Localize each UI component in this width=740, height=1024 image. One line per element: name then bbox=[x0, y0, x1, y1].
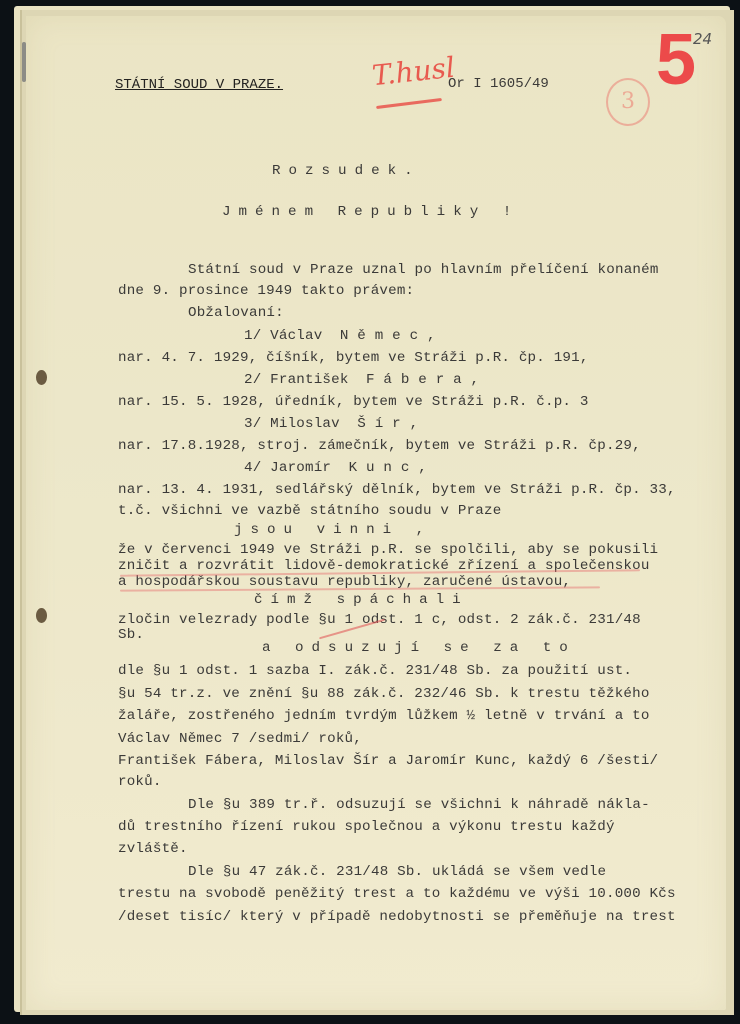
fine-line: Dle §u 47 zák.č. 231/48 Sb. ukládá se vš… bbox=[188, 864, 606, 880]
document-title: Rozsudek. bbox=[272, 163, 421, 179]
sentence-line: roků. bbox=[118, 774, 162, 790]
defendant-heading: 1/ Václav N ě m e c , bbox=[244, 328, 436, 344]
costs-line: zvláště. bbox=[118, 841, 188, 857]
committed-heading: čímž spáchali bbox=[254, 592, 469, 608]
sentence-line: dle §u 1 odst. 1 sazba I. zák.č. 231/48 … bbox=[118, 663, 632, 679]
defendant-details: nar. 13. 4. 1931, sedlářský dělník, byte… bbox=[118, 482, 676, 498]
intro-line-2: dne 9. prosince 1949 takto právem: bbox=[118, 283, 414, 299]
defendant-heading: 3/ Miloslav Š í r , bbox=[244, 416, 418, 432]
defendant-heading: 4/ Jaromír K u n c , bbox=[244, 460, 427, 476]
defendant-details: nar. 4. 7. 1929, číšník, bytem ve Stráži… bbox=[118, 350, 589, 366]
staple bbox=[22, 42, 26, 82]
punch-hole-lower bbox=[36, 608, 47, 623]
defendant-details: nar. 15. 5. 1928, úředník, bytem ve Strá… bbox=[118, 394, 589, 410]
fine-line: /deset tisíc/ který v případě nedobytnos… bbox=[118, 909, 676, 925]
circle-stamp: 3 bbox=[606, 78, 650, 126]
sentence-line: §u 54 tr.z. ve znění §u 88 zák.č. 232/46… bbox=[118, 686, 650, 702]
sentence-line: Václav Němec 7 /sedmi/ roků, bbox=[118, 731, 362, 747]
crime-line: Sb. bbox=[118, 627, 144, 643]
sentenced-heading: a odsuzují se za to bbox=[262, 640, 576, 656]
page-number-stamp: 5 bbox=[656, 24, 696, 96]
document-subtitle: Jménem Republiky ! bbox=[222, 204, 519, 220]
court-header: STÁTNÍ SOUD V PRAZE. bbox=[115, 77, 283, 93]
custody-line: t.č. všichni ve vazbě státního soudu v P… bbox=[118, 503, 501, 519]
punch-hole-upper bbox=[36, 370, 47, 385]
fine-line: trestu na svobodě peněžitý trest a to ka… bbox=[118, 886, 676, 902]
intro-line-1: Státní soud v Praze uznal po hlavním pře… bbox=[188, 262, 659, 278]
costs-line: Dle §u 389 tr.ř. odsuzují se všichni k n… bbox=[188, 797, 650, 813]
defendant-details: nar. 17.8.1928, stroj. zámečník, bytem v… bbox=[118, 438, 641, 454]
sentence-line: žaláře, zostřeného jedním tvrdým lůžkem … bbox=[118, 708, 650, 724]
page-number-small: 24 bbox=[693, 30, 712, 48]
defendants-label: Obžalovaní: bbox=[188, 305, 284, 321]
guilty-heading: jsou vinni , bbox=[234, 522, 432, 538]
costs-line: dů trestního řízení rukou společnou a vý… bbox=[118, 819, 615, 835]
guilty-line: že v červenci 1949 ve Stráži p.R. se spo… bbox=[118, 542, 658, 558]
sentence-line: František Fábera, Miloslav Šír a Jaromír… bbox=[118, 753, 658, 769]
file-number: Or I 1605/49 bbox=[448, 76, 549, 92]
defendant-heading: 2/ František F á b e r a , bbox=[244, 372, 479, 388]
